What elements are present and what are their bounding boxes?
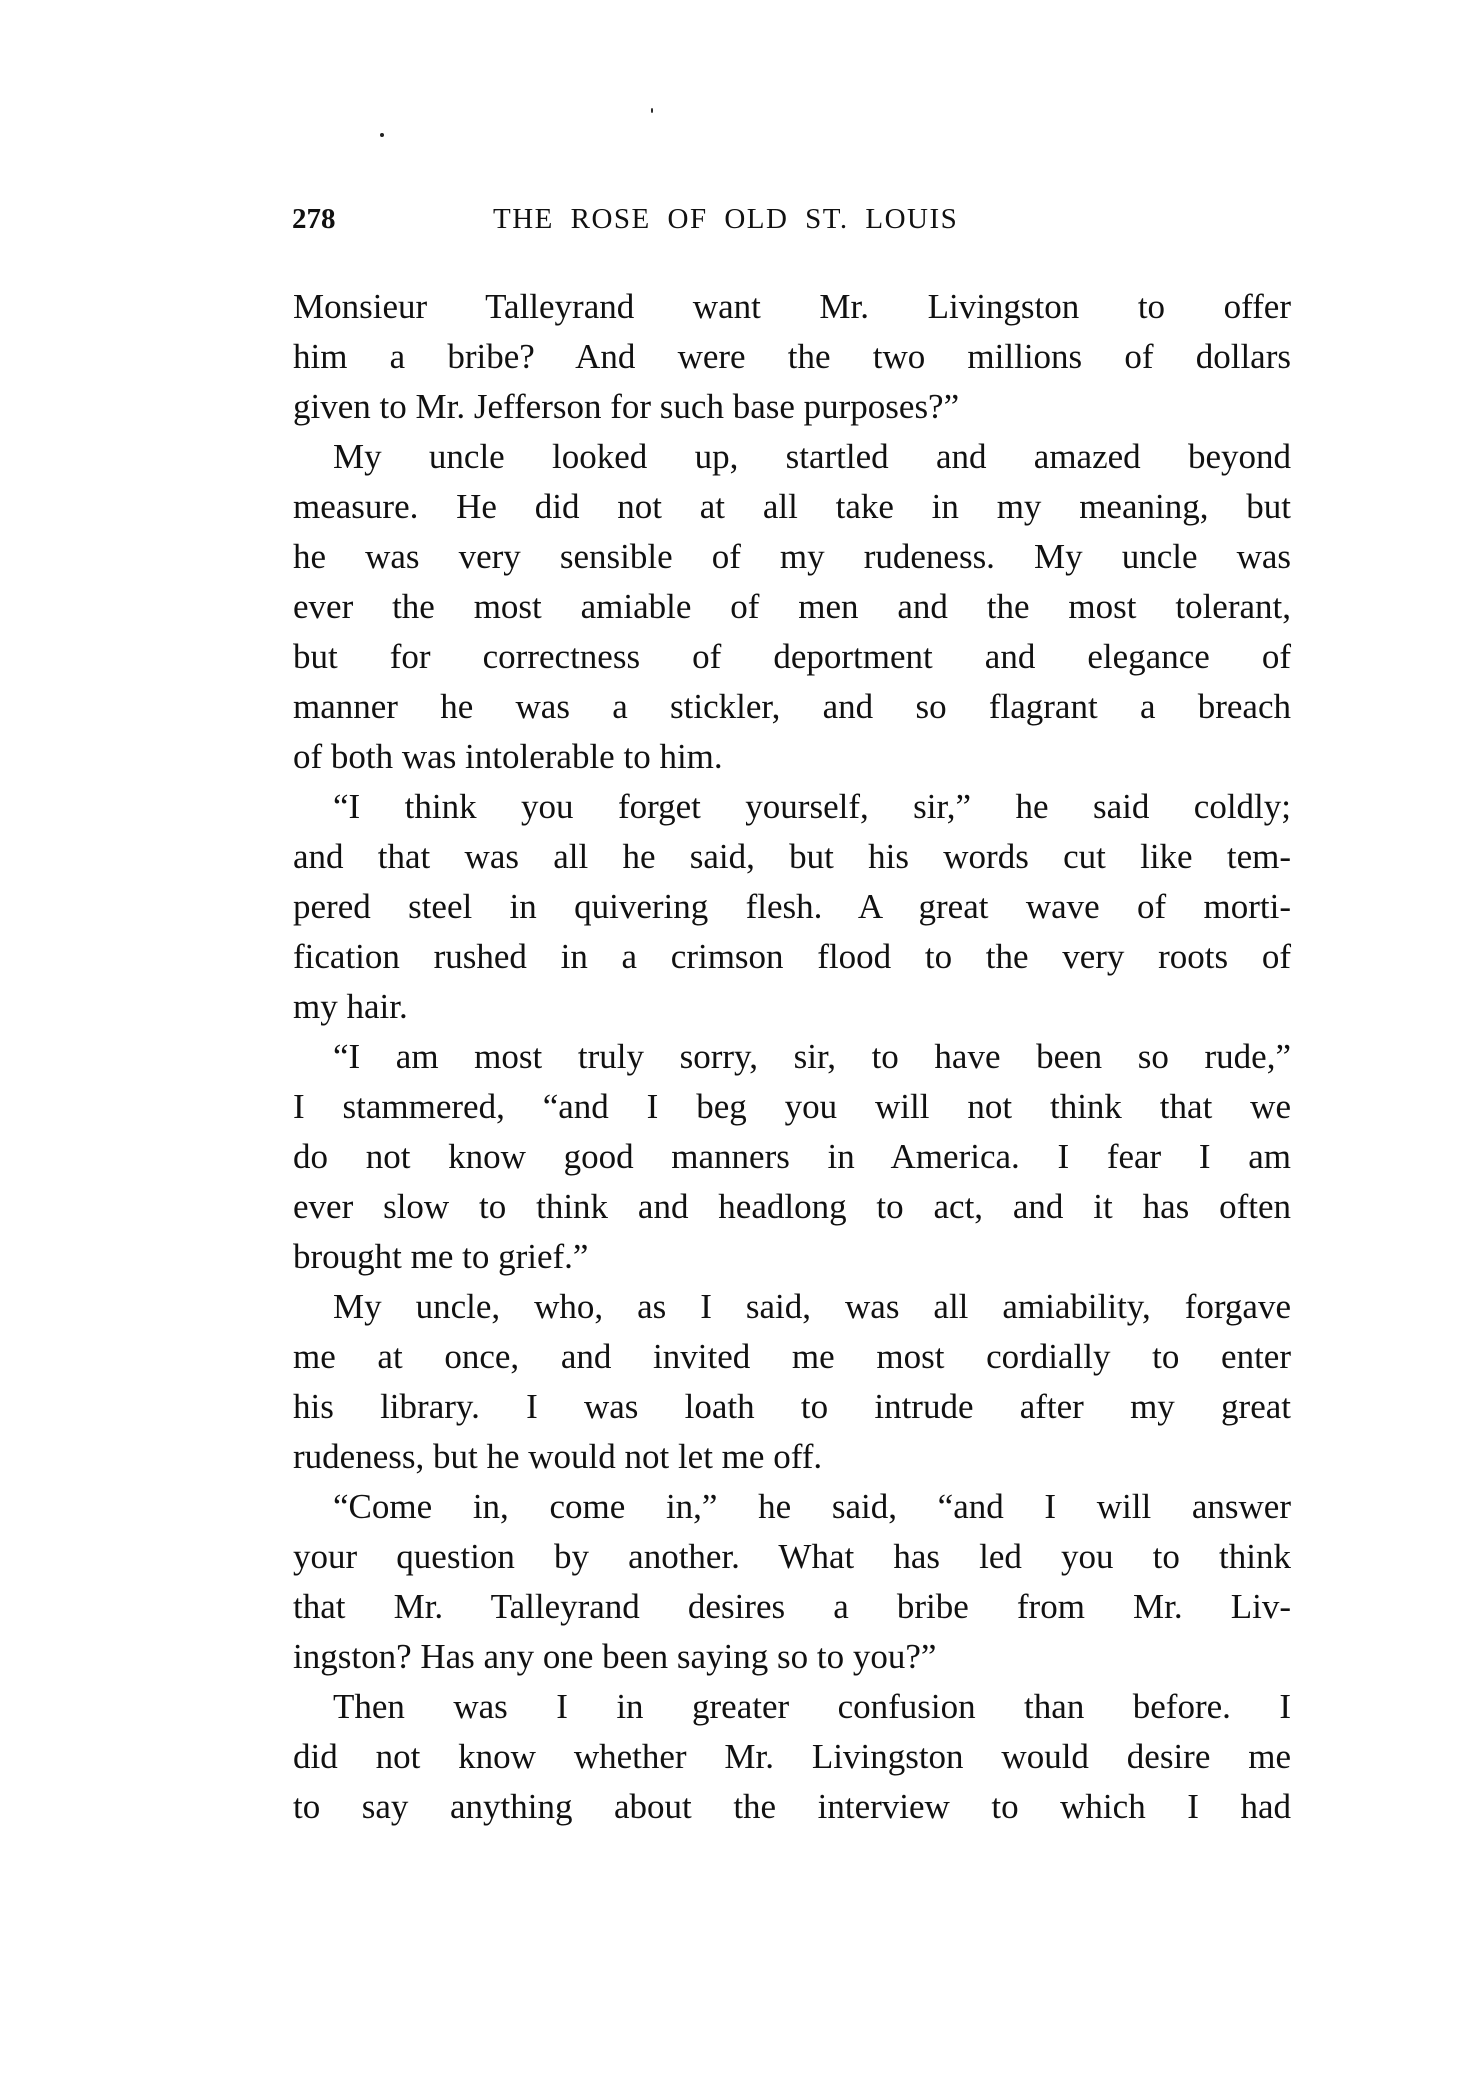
text-line: Monsieur Talleyrand want Mr. Livingston … — [293, 282, 1291, 332]
text-line: manner he was a stickler, and so flagran… — [293, 682, 1291, 732]
text-line: given to Mr. Jefferson for such base pur… — [293, 382, 1291, 432]
text-line: his library. I was loath to intrude afte… — [293, 1382, 1291, 1432]
paragraph: “Come in, come in,” he said, “and I will… — [293, 1482, 1291, 1682]
text-line: my hair. — [293, 982, 1291, 1032]
running-head: 278 THE ROSE OF OLD ST. LOUIS — [292, 199, 1292, 239]
text-line: My uncle, who, as I said, was all amiabi… — [293, 1282, 1291, 1332]
book-title: THE ROSE OF OLD ST. LOUIS — [493, 199, 958, 239]
paragraph: My uncle, who, as I said, was all amiabi… — [293, 1282, 1291, 1482]
text-line: measure. He did not at all take in my me… — [293, 482, 1291, 532]
text-line: “I am most truly sorry, sir, to have bee… — [293, 1032, 1291, 1082]
text-line: rudeness, but he would not let me off. — [293, 1432, 1291, 1482]
paragraph: “I am most truly sorry, sir, to have bee… — [293, 1032, 1291, 1282]
text-line: I stammered, “and I beg you will not thi… — [293, 1082, 1291, 1132]
text-line: he was very sensible of my rudeness. My … — [293, 532, 1291, 582]
text-line: me at once, and invited me most cordiall… — [293, 1332, 1291, 1382]
scan-speck — [651, 108, 653, 113]
paragraph: “I think you forget yourself, sir,” he s… — [293, 782, 1291, 1032]
text-line: and that was all he said, but his words … — [293, 832, 1291, 882]
text-line: that Mr. Talleyrand desires a bribe from… — [293, 1582, 1291, 1632]
text-line: do not know good manners in America. I f… — [293, 1132, 1291, 1182]
text-line: him a bribe? And were the two millions o… — [293, 332, 1291, 382]
text-line: to say anything about the interview to w… — [293, 1782, 1291, 1832]
paragraph: Monsieur Talleyrand want Mr. Livingston … — [293, 282, 1291, 432]
paragraph: My uncle looked up, startled and amazed … — [293, 432, 1291, 782]
paragraph: Then was I in greater confusion than bef… — [293, 1682, 1291, 1832]
text-line: fication rushed in a crimson flood to th… — [293, 932, 1291, 982]
text-line: ever the most amiable of men and the mos… — [293, 582, 1291, 632]
page-number: 278 — [292, 199, 336, 239]
text-line: “Come in, come in,” he said, “and I will… — [293, 1482, 1291, 1532]
text-line: did not know whether Mr. Livingston woul… — [293, 1732, 1291, 1782]
text-line: Then was I in greater confusion than bef… — [293, 1682, 1291, 1732]
text-line: pered steel in quivering flesh. A great … — [293, 882, 1291, 932]
text-line: your question by another. What has led y… — [293, 1532, 1291, 1582]
text-line: “I think you forget yourself, sir,” he s… — [293, 782, 1291, 832]
text-line: but for correctness of deportment and el… — [293, 632, 1291, 682]
body-text: Monsieur Talleyrand want Mr. Livingston … — [293, 282, 1291, 1832]
scan-speck — [380, 133, 384, 137]
text-line: ingston? Has any one been saying so to y… — [293, 1632, 1291, 1682]
text-line: of both was intolerable to him. — [293, 732, 1291, 782]
text-line: ever slow to think and headlong to act, … — [293, 1182, 1291, 1232]
text-line: My uncle looked up, startled and amazed … — [293, 432, 1291, 482]
text-line: brought me to grief.” — [293, 1232, 1291, 1282]
